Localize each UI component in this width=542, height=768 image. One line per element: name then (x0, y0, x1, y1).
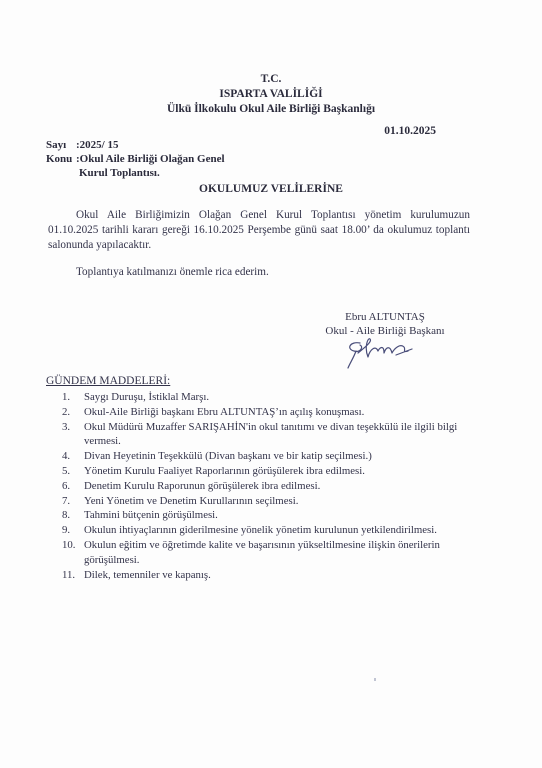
sayi-row: Sayı:2025/ 15 (46, 138, 225, 152)
body-paragraph: Okul Aile Birliğimizin Olağan Genel Kuru… (48, 208, 470, 253)
agenda-item: 6.Denetim Kurulu Raporunun görüşülerek i… (62, 479, 482, 494)
konu-label: Konu (46, 152, 76, 166)
sayi-value: :2025/ 15 (76, 139, 118, 151)
document-page: T.C. ISPARTA VALİLİĞİ Ülkü İlkokulu Okul… (0, 0, 542, 768)
agenda-item: 1.Saygı Duruşu, İstiklal Marşı. (62, 390, 482, 405)
addressee-heading: OKULUMUZ VELİLERİNE (0, 183, 542, 195)
handwritten-signature-icon (338, 335, 428, 371)
agenda-item: 5.Yönetim Kurulu Faaliyet Raporlarının g… (62, 464, 482, 479)
agenda-item: 8.Tahmini bütçenin görüşülmesi. (62, 508, 482, 523)
agenda-list: 1.Saygı Duruşu, İstiklal Marşı. 2.Okul-A… (62, 390, 482, 582)
agenda-item: 7.Yeni Yönetim ve Denetim Kurullarının s… (62, 494, 482, 509)
agenda-item: 4.Divan Heyetinin Teşekkülü (Divan başka… (62, 449, 482, 464)
konu-row: Konu:Okul Aile Birliği Olağan Genel (46, 152, 225, 166)
document-date: 01.10.2025 (384, 125, 436, 137)
agenda-item: 3.Okul Müdürü Muzaffer SARIŞAHİN'in okul… (62, 420, 482, 450)
agenda-item: 10.Okulun eğitim ve öğretimde kalite ve … (62, 538, 482, 568)
konu-value-continued: Kurul Toplantısı. (46, 166, 225, 180)
document-meta: Sayı:2025/ 15 Konu:Okul Aile Birliği Ola… (46, 138, 225, 180)
sayi-label: Sayı (46, 138, 76, 152)
signatory-name: Ebru ALTUNTAŞ (320, 310, 450, 324)
signature-block: Ebru ALTUNTAŞ Okul - Aile Birliği Başkan… (320, 310, 450, 338)
agenda-title: GÜNDEM MADDELERİ: (46, 375, 170, 387)
header-tc: T.C. (0, 72, 542, 87)
header-governorship: ISPARTA VALİLİĞİ (0, 87, 542, 102)
scan-speck (374, 678, 376, 681)
agenda-item: 2.Okul-Aile Birliği başkanı Ebru ALTUNTA… (62, 405, 482, 420)
header-association: Ülkü İlkokulu Okul Aile Birliği Başkanlı… (0, 102, 542, 117)
agenda-item: 11.Dilek, temenniler ve kapanış. (62, 568, 482, 583)
closing-line: Toplantıya katılmanızı önemle rica ederi… (76, 266, 269, 278)
agenda-item: 9.Okulun ihtiyaçlarının giderilmesine yö… (62, 523, 482, 538)
document-header: T.C. ISPARTA VALİLİĞİ Ülkü İlkokulu Okul… (0, 72, 542, 117)
konu-value: :Okul Aile Birliği Olağan Genel (76, 153, 225, 165)
